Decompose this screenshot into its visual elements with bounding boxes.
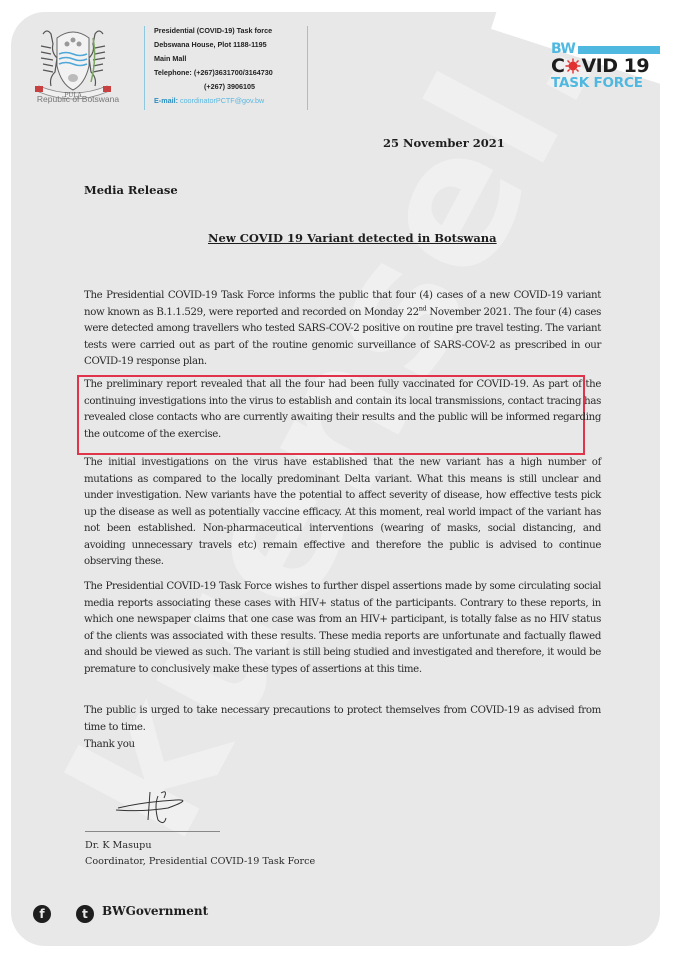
social-handle[interactable]: BWGovernment: [102, 904, 208, 918]
release-date: 25 November 2021: [383, 136, 505, 150]
paragraph-1: The Presidential COVID-19 Task Force inf…: [84, 288, 601, 371]
paragraph-5: The public is urged to take necessary pr…: [84, 703, 601, 736]
covid-task-force-logo: BW C VID 19 TASK FORCE: [551, 42, 660, 90]
contact-address-line1: Debswana House, Plot 1188-1195: [154, 38, 273, 52]
telephone-2: (+267) 3906105: [154, 80, 273, 94]
signature-icon: [98, 790, 198, 830]
email-link[interactable]: coordinatorPCTF@gov.bw: [180, 96, 264, 105]
logo-bw: BW: [551, 42, 575, 56]
logo-bar: [578, 46, 660, 54]
closing: Thank you: [84, 737, 601, 754]
coat-of-arms-icon: PULA: [29, 24, 117, 102]
header-divider-left: [144, 26, 145, 110]
paragraph-4: The Presidential COVID-19 Task Force wis…: [84, 579, 601, 678]
paragraph-3: The initial investigations on the virus …: [84, 455, 601, 571]
document-type: Media Release: [84, 183, 178, 197]
logo-task-force: TASK FORCE: [551, 76, 660, 90]
virus-icon: [565, 58, 581, 74]
email-label: E-mail:: [154, 96, 178, 105]
document-title: New COVID 19 Variant detected in Botswan…: [208, 231, 497, 245]
contact-address-line2: Main Mall: [154, 52, 273, 66]
telephone-1: (+267)3631700/3164730: [194, 68, 273, 77]
coat-of-arms-caption: Republic of Botswana: [28, 94, 128, 104]
twitter-icon[interactable]: t: [76, 905, 94, 923]
header-divider-right: [307, 26, 308, 110]
logo-covid: C VID 19: [551, 56, 660, 76]
signer-title: Coordinator, Presidential COVID-19 Task …: [85, 854, 315, 870]
contact-org: Presidential (COVID-19) Task force: [154, 24, 273, 38]
signer-block: Dr. K Masupu Coordinator, Presidential C…: [85, 838, 315, 870]
contact-email: E-mail: coordinatorPCTF@gov.bw: [154, 94, 273, 108]
facebook-icon[interactable]: f: [33, 905, 51, 923]
paragraph-2-highlighted: The preliminary report revealed that all…: [84, 377, 601, 443]
signer-name: Dr. K Masupu: [85, 838, 315, 854]
contact-block: Presidential (COVID-19) Task force Debsw…: [154, 24, 273, 108]
contact-telephone: Telephone: (+267)3631700/3164730: [154, 66, 273, 80]
signature-line: [85, 831, 220, 832]
telephone-label: Telephone:: [154, 68, 192, 77]
